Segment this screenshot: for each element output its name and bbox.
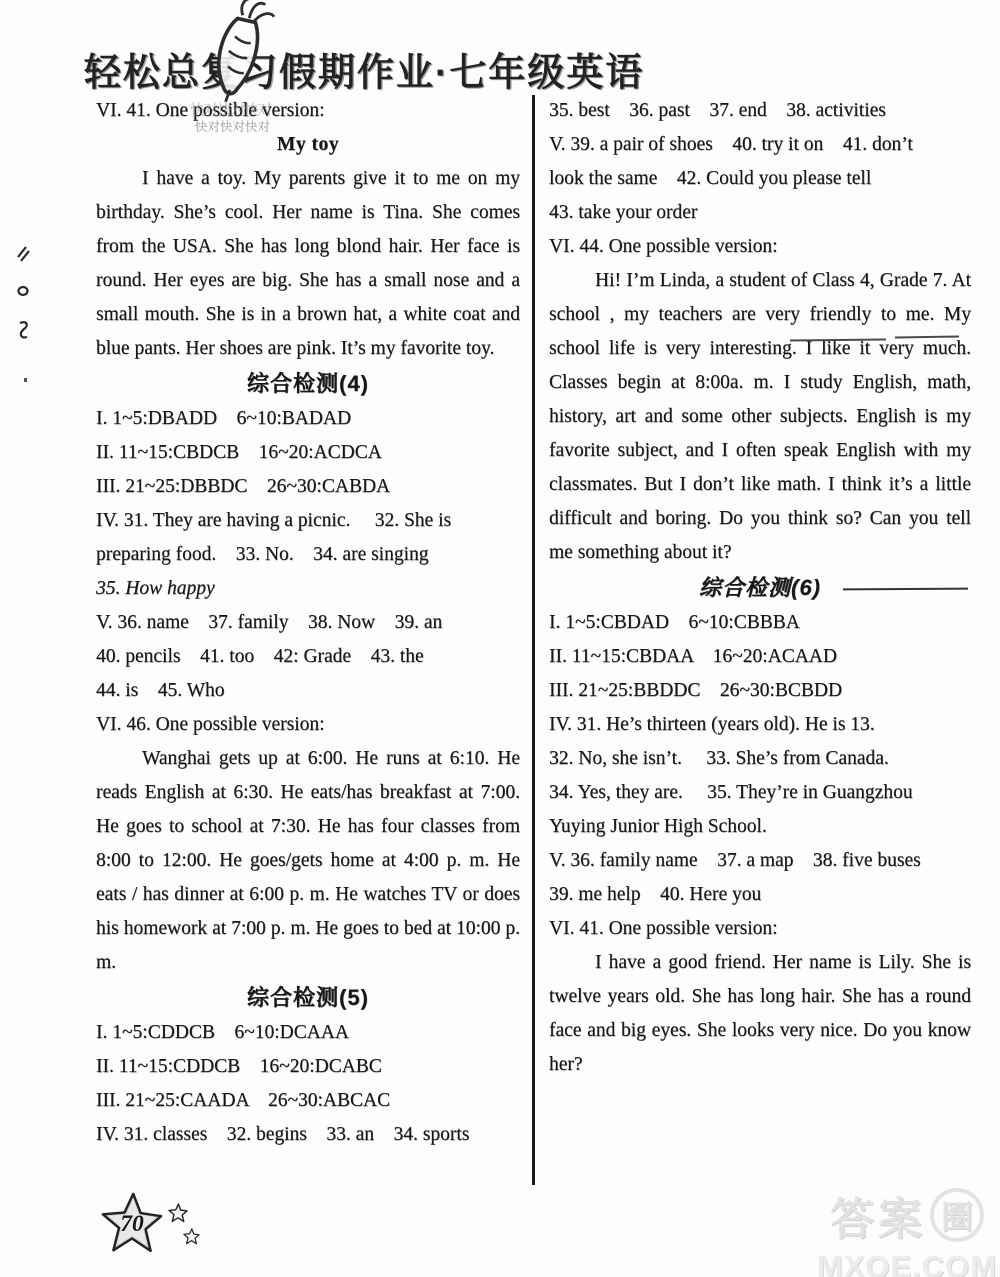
section-heading: 综合检测(4)	[96, 366, 520, 402]
essay-paragraph: Hi! I’m Linda, a student of Class 4, Gra…	[549, 264, 971, 570]
answer-line: I. 1~5:DBADD 6~10:BADAD	[96, 402, 520, 436]
proof-stamp: 快对快对快对	[195, 110, 270, 144]
answer-line: IV. 31. classes 32. begins 33. an 34. sp…	[96, 1118, 520, 1152]
page-number: 70	[120, 1211, 144, 1237]
answer-line: VI. 41. One possible version:	[549, 912, 971, 946]
margin-mark-icon	[16, 284, 30, 298]
watermark-site: MXQE.COM	[812, 1249, 1000, 1277]
answer-line: V. 36. family name 37. a map 38. five bu…	[549, 844, 971, 878]
answer-line: III. 21~25:BBDDC 26~30:BCBDD	[549, 674, 971, 708]
answer-line: IV. 31. They are having a picnic. 32. Sh…	[96, 504, 520, 538]
answer-line: I. 1~5:CDDCB 6~10:DCAAA	[96, 1016, 520, 1050]
answer-line: 34. Yes, they are. 35. They’re in Guangz…	[549, 776, 971, 810]
answer-line: III. 21~25:CAADA 26~30:ABCAC	[96, 1084, 520, 1118]
page-number-star-icon: 70	[100, 1192, 164, 1254]
watermark-title: 答案圈	[812, 1183, 1000, 1247]
answer-line: 39. me help 40. Here you	[549, 878, 971, 912]
answer-line: preparing food. 33. No. 34. are singing	[96, 538, 520, 572]
answer-line: I. 1~5:CBDAD 6~10:CBBBA	[549, 606, 971, 640]
answer-line: 32. No, she isn’t. 33. She’s from Canada…	[549, 742, 971, 776]
watermark-circle-badge: 圈	[930, 1188, 984, 1242]
answer-line: Yuying Junior High School.	[549, 810, 971, 844]
answer-line: 40. pencils 41. too 42: Grade 43. the	[96, 640, 520, 674]
watermark: 答案圈 MXQE.COM	[812, 1183, 1000, 1277]
essay-paragraph: I have a good friend. Her name is Lily. …	[549, 946, 971, 1082]
stamped-word: possible快对快对快对快对快对快对	[193, 94, 257, 128]
answer-line: 35. How happy	[96, 572, 520, 606]
answer-line: 43. take your order	[549, 196, 971, 230]
essay-paragraph: I have a toy. My parents give it to me o…	[96, 162, 520, 366]
answer-line: II. 11~15:CDDCB 16~20:DCABC	[96, 1050, 520, 1084]
star-icon	[183, 1228, 200, 1245]
answer-line: II. 11~15:CBDAA 16~20:ACAAD	[549, 640, 971, 674]
answer-line: III. 21~25:DBBDC 26~30:CABDA	[96, 470, 520, 504]
margin-mark-icon	[16, 320, 32, 342]
column-divider	[532, 95, 535, 1185]
answer-line: VI. 41. One possible快对快对快对快对快对快对 version…	[96, 94, 520, 128]
page-title: 轻松总复习假期作业·七年级英语	[84, 41, 554, 97]
answer-line: V. 39. a pair of shoes 40. try it on 41.…	[549, 128, 971, 162]
answer-line: II. 11~15:CBDCB 16~20:ACDCA	[96, 436, 520, 470]
margin-mark-icon	[24, 378, 27, 382]
answer-line: 44. is 45. Who	[96, 674, 520, 708]
star-icon	[168, 1203, 188, 1223]
answer-line: IV. 31. He’s thirteen (years old). He is…	[549, 708, 971, 742]
answer-line: VI. 44. One possible version:	[549, 230, 971, 264]
section-heading: 综合检测(5)	[96, 980, 520, 1016]
essay-paragraph: Wanghai gets up at 6:00. He runs at 6:10…	[96, 742, 520, 980]
left-column: VI. 41. One possible快对快对快对快对快对快对 version…	[96, 94, 520, 1152]
margin-mark-icon	[14, 244, 30, 262]
answer-line: look the same 42. Could you please tell	[549, 162, 971, 196]
essay-title: My toy	[96, 128, 520, 162]
answer-line: V. 36. name 37. family 38. Now 39. an	[96, 606, 520, 640]
answer-line: 35. best 36. past 37. end 38. activities	[549, 94, 971, 128]
workbook-answer-page: 轻松总复习假期作业·七年级英语 VI. 41. One possible快对快对…	[0, 0, 1000, 1277]
answer-line: VI. 46. One possible version:	[96, 708, 520, 742]
